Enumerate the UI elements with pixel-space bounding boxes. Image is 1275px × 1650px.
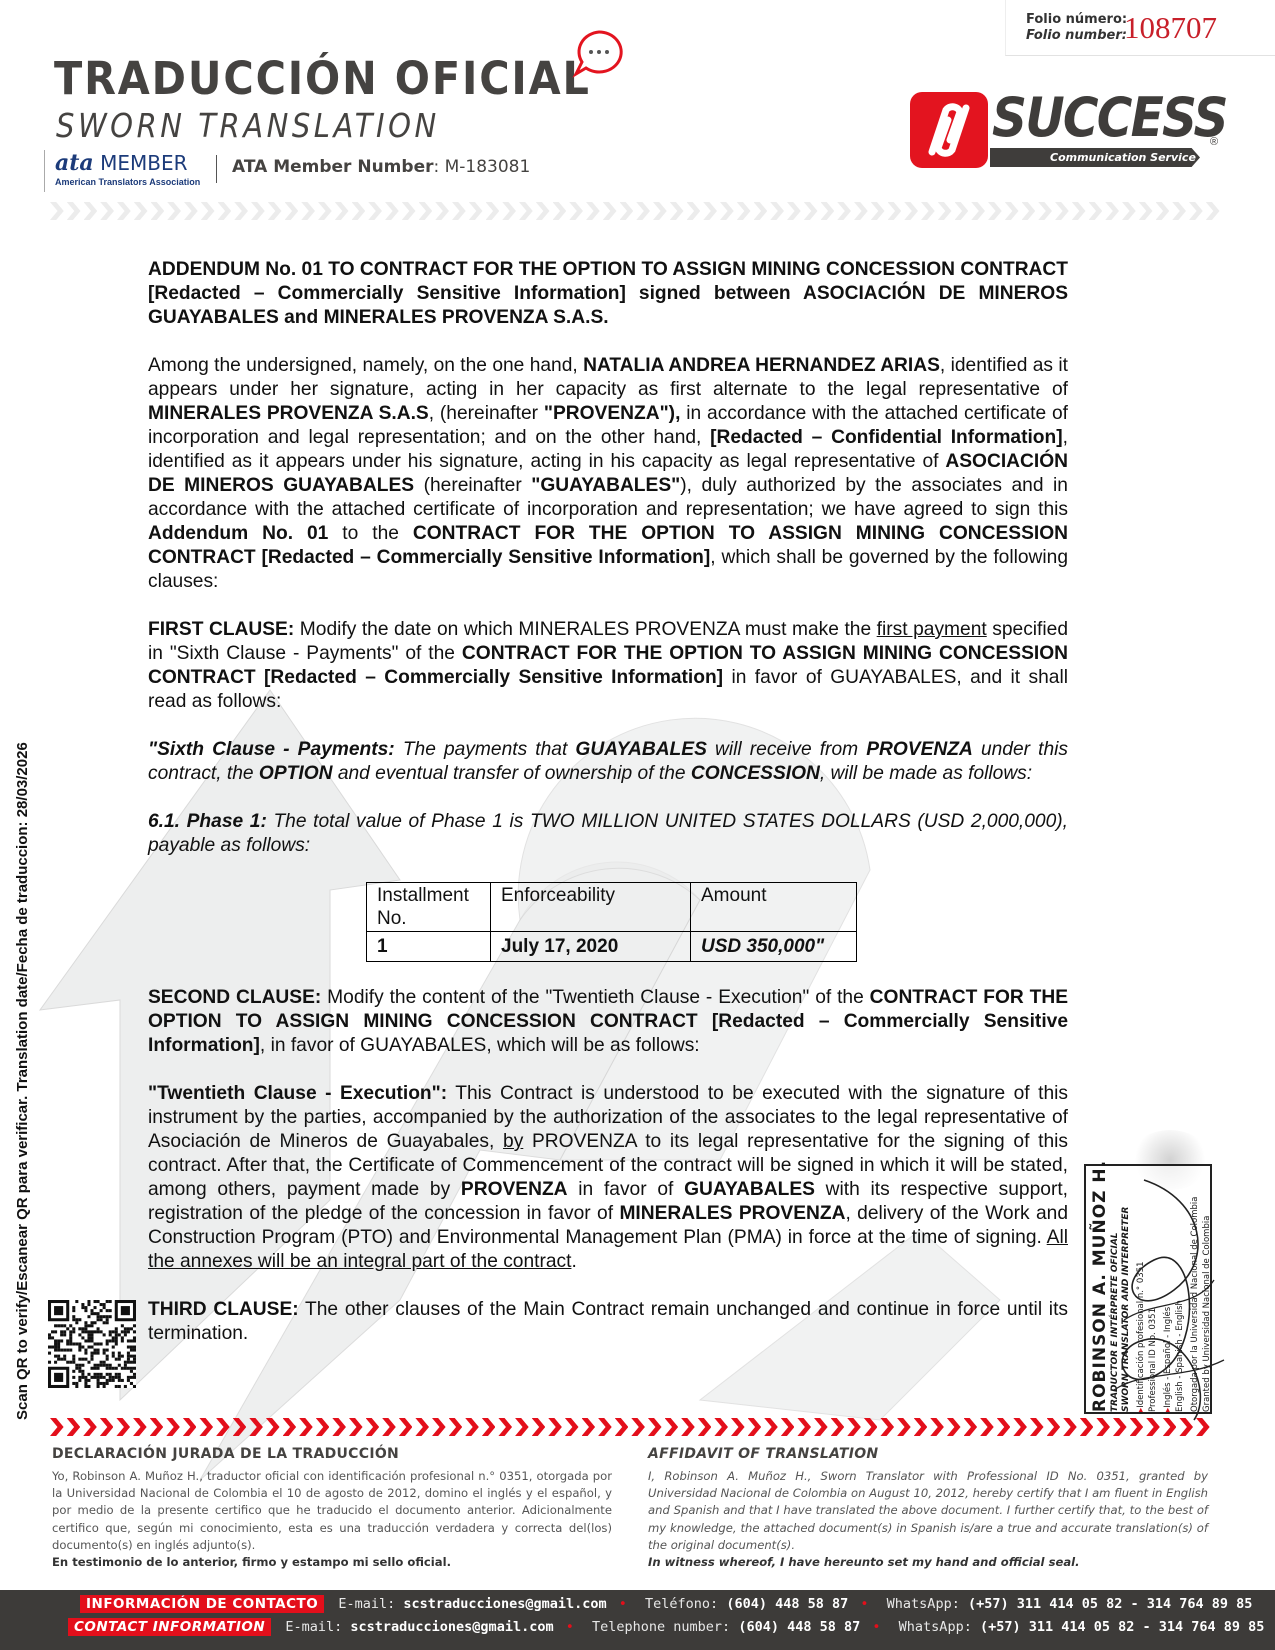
chevron-icon — [349, 1418, 363, 1436]
header-enforceability: Enforceability — [491, 883, 691, 932]
table-header-row: Installment No. Enforceability Amount — [367, 883, 857, 932]
chevron-icon — [764, 1418, 778, 1436]
chevron-icon — [748, 1418, 762, 1436]
chevron-icon — [251, 202, 265, 220]
chevron-icon — [283, 1418, 297, 1436]
folio-label-en: Folio number: — [1026, 28, 1127, 44]
chevron-icon — [50, 1418, 64, 1436]
chevron-icon — [1055, 202, 1069, 220]
affidavit-en-title: AFFIDAVIT OF TRANSLATION — [648, 1446, 1208, 1462]
contact-row-en: CONTACT INFORMATION E-mail: scstraduccio… — [0, 1619, 1275, 1641]
affidavit-english: AFFIDAVIT OF TRANSLATION I, Robinson A. … — [648, 1446, 1208, 1571]
chevron-icon — [1022, 202, 1036, 220]
chevron-icon — [821, 202, 835, 220]
chevron-icon — [1139, 202, 1153, 220]
title-official-translation: TRADUCCIÓN OFICIAL — [54, 52, 591, 105]
chevron-icon — [636, 202, 650, 220]
chevron-icon — [167, 202, 181, 220]
chevron-icon — [871, 202, 885, 220]
ata-member-text: MEMBER — [100, 151, 187, 175]
chevron-icon — [914, 1418, 928, 1436]
speech-bubble-icon — [572, 28, 626, 82]
chevron-icon — [515, 1418, 529, 1436]
chevron-icon — [1122, 202, 1136, 220]
chevron-icon — [731, 1418, 745, 1436]
whatsapp-link[interactable]: (+57) 311 414 05 82 - 314 764 89 85 — [968, 1596, 1252, 1612]
chevron-icon — [1156, 202, 1170, 220]
chevron-icon — [714, 1418, 728, 1436]
chevron-icon — [888, 202, 902, 220]
chevron-icon — [814, 1418, 828, 1436]
linked-arrows-icon — [910, 92, 988, 168]
folio-number: 108707 — [1124, 10, 1217, 46]
chevron-icon — [50, 202, 64, 220]
chevron-icon — [67, 1418, 81, 1436]
chevron-icon — [930, 1418, 944, 1436]
chevron-icon — [100, 202, 114, 220]
email-link[interactable]: scstraducciones@gmail.com — [350, 1619, 553, 1635]
chevron-icon — [770, 202, 784, 220]
header-amount: Amount — [691, 883, 857, 932]
success-badge-icon — [910, 92, 988, 168]
chevron-icon — [84, 202, 98, 220]
success-logo: SUCCESS Communication Service ® — [910, 92, 1230, 172]
chevron-icon — [67, 202, 81, 220]
sixth-clause: "Sixth Clause - Payments: The payments t… — [148, 738, 1068, 786]
chevron-icon — [486, 202, 500, 220]
chevron-icon — [299, 1418, 313, 1436]
chevron-icon — [432, 1418, 446, 1436]
chevron-icon — [988, 202, 1002, 220]
folio-label-es: Folio número: — [1026, 12, 1127, 28]
chevron-icon — [419, 202, 433, 220]
chevron-icon — [698, 1418, 712, 1436]
chevron-icon — [598, 1418, 612, 1436]
chevron-icon — [1206, 202, 1220, 220]
chevron-icon — [565, 1418, 579, 1436]
chevron-icon — [1163, 1418, 1177, 1436]
chevron-divider-bottom — [50, 1418, 1210, 1436]
chevron-icon — [1146, 1418, 1160, 1436]
ata-member-number: ATA Member Number: M-183081 — [232, 157, 530, 177]
chevron-icon — [586, 202, 600, 220]
chevron-icon — [971, 202, 985, 220]
phone-link[interactable]: (604) 448 58 87 — [738, 1619, 860, 1635]
chevron-icon — [318, 202, 332, 220]
chevron-icon — [648, 1418, 662, 1436]
chevron-icon — [665, 1418, 679, 1436]
chevron-icon — [1179, 1418, 1193, 1436]
chevron-icon — [797, 1418, 811, 1436]
chevron-icon — [847, 1418, 861, 1436]
triangle-icon: ▸ — [1136, 1408, 1146, 1412]
chevron-icon — [1005, 202, 1019, 220]
chevron-icon — [1196, 1418, 1210, 1436]
chevron-icon — [116, 1418, 130, 1436]
chevron-icon — [787, 202, 801, 220]
chevron-icon — [332, 1418, 346, 1436]
chevron-icon — [117, 202, 131, 220]
chevron-icon — [681, 1418, 695, 1436]
brand-tagline: Communication Service — [1050, 151, 1196, 164]
chevron-icon — [133, 1418, 147, 1436]
header-installment: Installment No. — [367, 883, 491, 932]
chevron-icon — [548, 1418, 562, 1436]
table-row: 1 July 17, 2020 USD 350,000" — [367, 932, 857, 962]
payment-table: Installment No. Enforceability Amount 1 … — [366, 882, 857, 962]
chevron-icon — [754, 202, 768, 220]
chevron-icon — [519, 202, 533, 220]
chevron-icon — [415, 1418, 429, 1436]
affidavit-en-body: I, Robinson A. Muñoz H., Sworn Translato… — [648, 1468, 1208, 1571]
chevron-icon — [1038, 202, 1052, 220]
chevron-icon — [997, 1418, 1011, 1436]
chevron-icon — [184, 202, 198, 220]
affidavit-es-title: DECLARACIÓN JURADA DE LA TRADUCCIÓN — [52, 1446, 612, 1462]
qr-code-icon[interactable] — [48, 1300, 136, 1388]
whatsapp-link[interactable]: (+57) 311 414 05 82 - 314 764 89 85 — [980, 1619, 1264, 1635]
chevron-icon — [151, 202, 165, 220]
chevron-icon — [166, 1418, 180, 1436]
chevron-icon — [218, 202, 232, 220]
folio-box: Folio número: Folio number: 108707 — [1005, 0, 1275, 56]
chevron-icon — [249, 1418, 263, 1436]
chevron-icon — [498, 1418, 512, 1436]
contact-label-en: CONTACT INFORMATION — [68, 1618, 271, 1636]
chevron-icon — [569, 202, 583, 220]
chevron-icon — [1047, 1418, 1061, 1436]
chevron-icon — [502, 202, 516, 220]
stamp-name: ROBINSON A. MUÑOZ H. — [1090, 1170, 1110, 1412]
chevron-icon — [687, 202, 701, 220]
chevron-icon — [737, 202, 751, 220]
chevron-icon — [955, 202, 969, 220]
chevron-icon — [183, 1418, 197, 1436]
phone-link[interactable]: (604) 448 58 87 — [726, 1596, 848, 1612]
chevron-icon — [964, 1418, 978, 1436]
chevron-icon — [316, 1418, 330, 1436]
chevron-icon — [449, 1418, 463, 1436]
chevron-icon — [399, 1418, 413, 1436]
chevron-icon — [199, 1418, 213, 1436]
chevron-icon — [1063, 1418, 1077, 1436]
chevron-icon — [482, 1418, 496, 1436]
chevron-icon — [1080, 1418, 1094, 1436]
affidavit-es-body: Yo, Robinson A. Muñoz H., traductor ofic… — [52, 1468, 612, 1571]
chevron-icon — [831, 1418, 845, 1436]
third-clause: THIRD CLAUSE: The other clauses of the M… — [148, 1298, 1068, 1346]
ata-member-logo: ata MEMBER American Translators Associat… — [44, 150, 55, 192]
chevron-icon — [402, 202, 416, 220]
document-title: ADDENDUM No. 01 TO CONTRACT FOR THE OPTI… — [148, 258, 1068, 330]
chevron-icon — [553, 202, 567, 220]
contact-label-es: INFORMACIÓN DE CONTACTO — [80, 1595, 324, 1613]
chevron-icon — [1013, 1418, 1027, 1436]
chevron-icon — [1089, 202, 1103, 220]
chevron-icon — [921, 202, 935, 220]
chevron-icon — [1096, 1418, 1110, 1436]
chevron-icon — [532, 1418, 546, 1436]
first-clause: FIRST CLAUSE: Modify the date on which M… — [148, 618, 1068, 714]
chevron-icon — [620, 202, 634, 220]
chevron-icon — [352, 202, 366, 220]
chevron-icon — [897, 1418, 911, 1436]
chevron-icon — [938, 202, 952, 220]
chevron-icon — [536, 202, 550, 220]
affidavit-spanish: DECLARACIÓN JURADA DE LA TRADUCCIÓN Yo, … — [52, 1446, 612, 1571]
brand-name: SUCCESS — [992, 86, 1227, 149]
chevron-divider-top — [50, 202, 1220, 220]
email-link[interactable]: scstraducciones@gmail.com — [403, 1596, 606, 1612]
divider — [216, 155, 217, 183]
chevron-icon — [631, 1418, 645, 1436]
chevron-icon — [837, 202, 851, 220]
cell-enforceability: July 17, 2020 — [491, 932, 691, 962]
twentieth-clause: "Twentieth Clause - Execution": This Con… — [148, 1082, 1068, 1274]
chevron-icon — [1189, 202, 1203, 220]
contact-row-es: INFORMACIÓN DE CONTACTO E-mail: scstradu… — [0, 1596, 1275, 1618]
chevron-icon — [1072, 202, 1086, 220]
chevron-icon — [864, 1418, 878, 1436]
chevron-icon — [904, 202, 918, 220]
cell-installment: 1 — [367, 932, 491, 962]
cell-amount: USD 350,000" — [691, 932, 857, 962]
chevron-icon — [465, 1418, 479, 1436]
chevron-icon — [385, 202, 399, 220]
chevron-icon — [285, 202, 299, 220]
chevron-icon — [83, 1418, 97, 1436]
chevron-icon — [880, 1418, 894, 1436]
chevron-icon — [1172, 202, 1186, 220]
contact-footer: INFORMACIÓN DE CONTACTO E-mail: scstradu… — [0, 1590, 1275, 1650]
chevron-icon — [781, 1418, 795, 1436]
title-sworn-translation: SWORN TRANSLATION — [56, 106, 440, 145]
chevron-icon — [233, 1418, 247, 1436]
phase-1: 6.1. Phase 1: The total value of Phase 1… — [148, 810, 1068, 858]
chevron-icon — [268, 202, 282, 220]
chevron-icon — [720, 202, 734, 220]
chevron-icon — [382, 1418, 396, 1436]
stamp-title-en: SWORN TRANSLATOR AND INTERPRETER — [1121, 1170, 1132, 1412]
intro-paragraph: Among the undersigned, namely, on the on… — [148, 354, 1068, 594]
chevron-icon — [1113, 1418, 1127, 1436]
triangle-icon: ▸ — [1163, 1408, 1173, 1412]
chevron-icon — [216, 1418, 230, 1436]
ata-association: American Translators Association — [55, 177, 200, 187]
chevron-icon — [452, 202, 466, 220]
chevron-icon — [150, 1418, 164, 1436]
chevron-icon — [234, 202, 248, 220]
stamp-title-es: TRADUCTOR E INTÉRPRETE OFICIAL — [1110, 1170, 1121, 1412]
second-clause: SECOND CLAUSE: Modify the content of the… — [148, 986, 1068, 1058]
chevron-icon — [266, 1418, 280, 1436]
chevron-icon — [582, 1418, 596, 1436]
chevron-icon — [670, 202, 684, 220]
chevron-icon — [854, 202, 868, 220]
chevron-icon — [1030, 1418, 1044, 1436]
translator-stamp: ROBINSON A. MUÑOZ H. TRADUCTOR E INTÉRPR… — [1084, 1164, 1212, 1414]
chevron-icon — [653, 202, 667, 220]
chevron-icon — [603, 202, 617, 220]
ata-logo-text: ata — [55, 150, 94, 176]
chevron-icon — [980, 1418, 994, 1436]
verification-side-text: Scan QR to verify/Escanear QR para verif… — [14, 742, 31, 1420]
chevron-icon — [469, 202, 483, 220]
chevron-icon — [947, 1418, 961, 1436]
chevron-icon — [335, 202, 349, 220]
chevron-icon — [804, 202, 818, 220]
chevron-icon — [435, 202, 449, 220]
chevron-icon — [201, 202, 215, 220]
chevron-icon — [134, 202, 148, 220]
registered-mark: ® — [1210, 136, 1218, 148]
chevron-icon — [615, 1418, 629, 1436]
chevron-icon — [100, 1418, 114, 1436]
chevron-icon — [703, 202, 717, 220]
document-body: ADDENDUM No. 01 TO CONTRACT FOR THE OPTI… — [148, 258, 1068, 1370]
chevron-icon — [1130, 1418, 1144, 1436]
chevron-icon — [301, 202, 315, 220]
chevron-icon — [1105, 202, 1119, 220]
chevron-icon — [366, 1418, 380, 1436]
chevron-icon — [368, 202, 382, 220]
